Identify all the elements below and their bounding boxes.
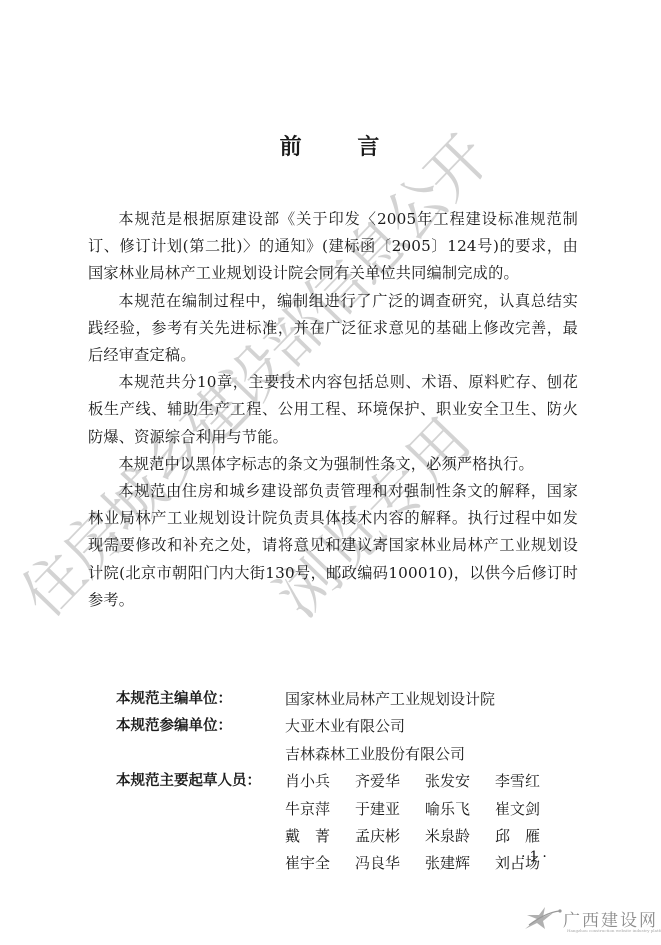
credit-row-drafters: 本规范主要起草人员： 肖小兵 齐爱华 张发安 李雪红 bbox=[116, 768, 565, 795]
participating-value: 吉林森林工业股份有限公司 bbox=[285, 741, 465, 768]
logo-text: 广西建设网 bbox=[563, 906, 658, 931]
paragraph: 本规范中以黑体字标志的条文为强制性条文，必须严格执行。 bbox=[88, 451, 578, 478]
drafter-name: 于建亚 bbox=[355, 796, 425, 823]
participating-value: 大亚木业有限公司 bbox=[285, 713, 405, 740]
star-swoosh-icon bbox=[523, 905, 563, 931]
paragraph: 本规范在编制过程中，编制组进行了广泛的调查研究，认真总结实践经验，参考有关先进标… bbox=[88, 288, 578, 370]
logo-subtext: Hangzhou construction website industry p… bbox=[567, 928, 661, 933]
paragraph: 本规范共分10章，主要技术内容包括总则、术语、原料贮存、刨花板生产线、辅助生产工… bbox=[88, 369, 578, 451]
drafter-name: 邱 雁 bbox=[495, 823, 565, 850]
drafter-name: 张建辉 bbox=[425, 850, 495, 877]
paragraph: 本规范是根据原建设部《关于印发〈2005年工程建设标准规范制订、修订计划(第二批… bbox=[88, 206, 578, 288]
page-title: 前 言 bbox=[0, 130, 661, 161]
credits-block: 本规范主编单位： 国家林业局林产工业规划设计院 本规范参编单位： 大亚木业有限公… bbox=[116, 686, 565, 878]
chief-editor-label: 本规范主编单位： bbox=[116, 686, 285, 713]
participating-label: 本规范参编单位： bbox=[116, 713, 285, 740]
paragraph: 本规范由住房和城乡建设部负责管理和对强制性条文的解释，国家林业局林产工业规划设计… bbox=[88, 478, 578, 614]
drafters-row: 肖小兵 齐爱华 张发安 李雪红 bbox=[285, 768, 565, 795]
site-logo: 广西建设网 Hangzhou construction website indu… bbox=[523, 905, 658, 931]
chief-editor-value: 国家林业局林产工业规划设计院 bbox=[285, 686, 495, 713]
title-char-1: 前 bbox=[280, 130, 304, 161]
preface-body: 本规范是根据原建设部《关于印发〈2005年工程建设标准规范制订、修订计划(第二批… bbox=[88, 206, 578, 614]
drafter-name: 牛京萍 bbox=[285, 796, 355, 823]
drafter-name: 肖小兵 bbox=[285, 768, 355, 795]
credit-row-participating: 本规范参编单位： 大亚木业有限公司 bbox=[116, 713, 565, 740]
drafters-row: 牛京萍 于建亚 喻乐飞 崔文剑 bbox=[285, 796, 565, 823]
drafter-name: 崔文剑 bbox=[495, 796, 565, 823]
drafter-name: 冯良华 bbox=[355, 850, 425, 877]
title-char-2: 言 bbox=[357, 130, 381, 161]
drafter-name: 齐爱华 bbox=[355, 768, 425, 795]
drafter-name: 喻乐飞 bbox=[425, 796, 495, 823]
drafter-name: 张发安 bbox=[425, 768, 495, 795]
credit-row-participating-2: 吉林森林工业股份有限公司 bbox=[116, 741, 565, 768]
drafter-name: 米泉龄 bbox=[425, 823, 495, 850]
credit-row-chief: 本规范主编单位： 国家林业局林产工业规划设计院 bbox=[116, 686, 565, 713]
drafter-name: 李雪红 bbox=[495, 768, 565, 795]
drafters-row: 戴 菁 孟庆彬 米泉龄 邱 雁 bbox=[285, 823, 565, 850]
drafters-label: 本规范主要起草人员： bbox=[116, 768, 285, 795]
page-number: ·1· bbox=[521, 849, 551, 865]
drafter-name: 崔宇全 bbox=[285, 850, 355, 877]
drafter-name: 戴 菁 bbox=[285, 823, 355, 850]
drafter-name: 孟庆彬 bbox=[355, 823, 425, 850]
